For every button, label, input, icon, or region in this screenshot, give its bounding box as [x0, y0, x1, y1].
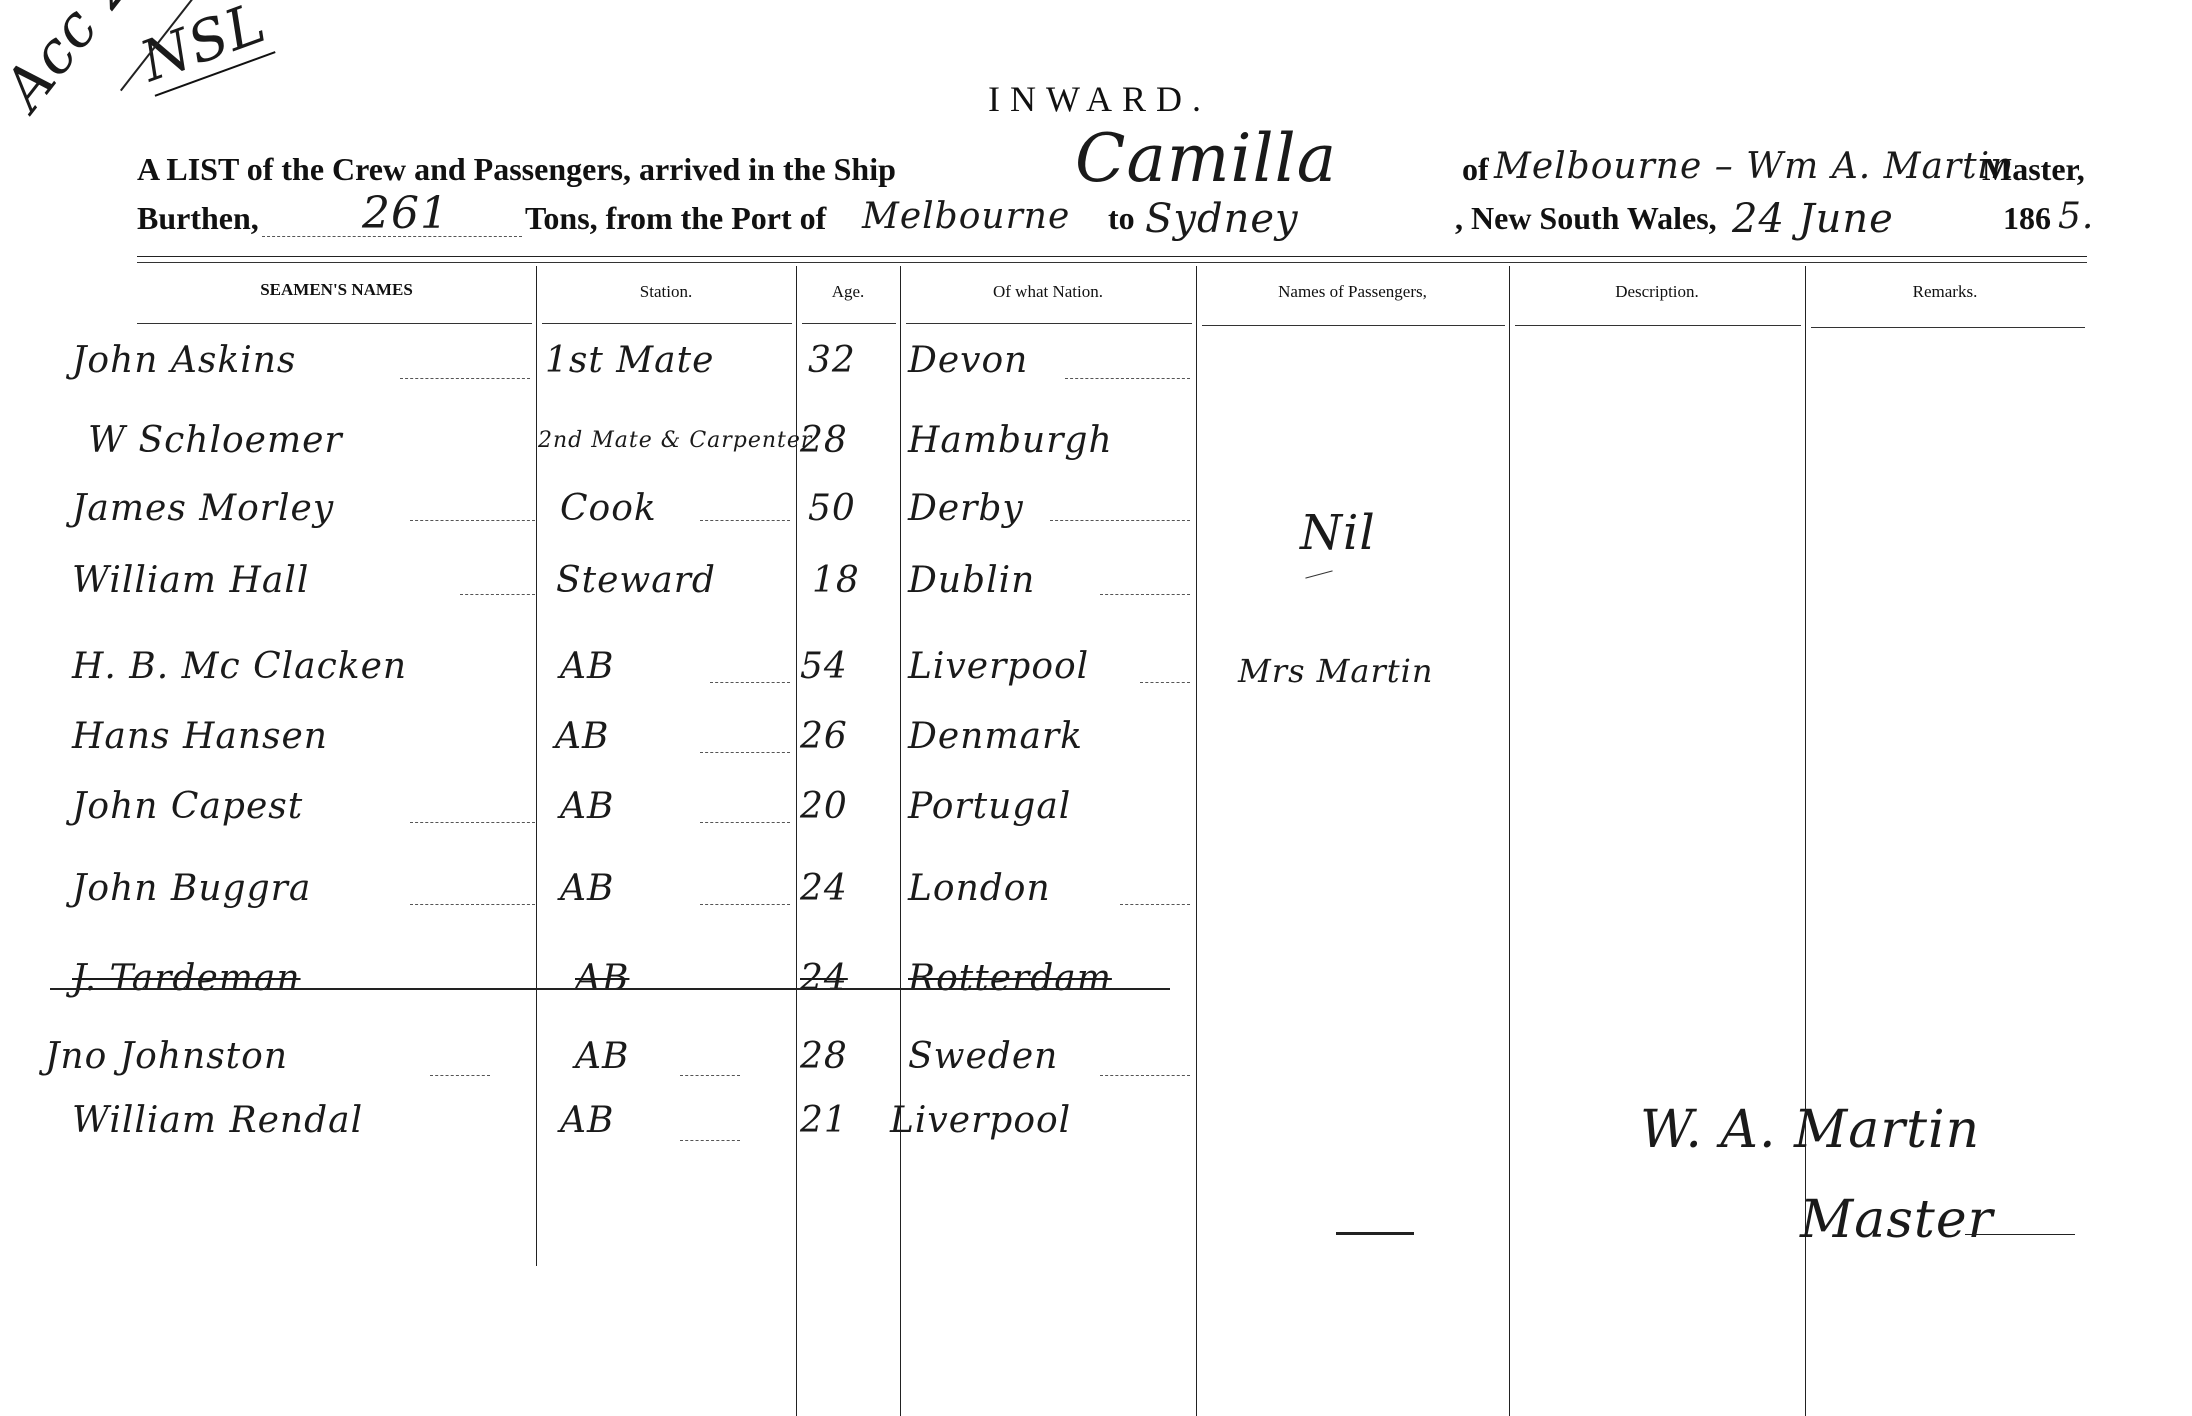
signature-title: Master: [1800, 1190, 1993, 1250]
header-underline-nation: [906, 323, 1192, 324]
fill-dash: [700, 520, 790, 521]
crew-row-8-name: John Buggra: [72, 868, 311, 909]
column-header-passengers: Names of Passengers,: [1196, 282, 1509, 302]
port-from: Melbourne: [862, 196, 1070, 237]
crew-row-4-station: Steward: [556, 560, 716, 601]
crew-row-6-station: AB: [555, 716, 609, 757]
nsw-label: , New South Wales,: [1455, 200, 1717, 237]
fill-dash: [710, 682, 790, 683]
column-header-description: Description.: [1509, 282, 1805, 302]
year-written: 5.: [2058, 196, 2094, 237]
crew-row-7-nation: Portugal: [908, 786, 1071, 827]
fill-dash: [1120, 904, 1190, 905]
crew-row-10-name: Jno Johnston: [45, 1036, 288, 1077]
list-heading: A LIST of the Crew and Passengers, arriv…: [137, 151, 896, 188]
year-printed: 186: [2003, 200, 2051, 237]
burthen-dotted-line: [262, 236, 522, 237]
arrival-date: 24 June: [1732, 196, 1894, 242]
to-label: to: [1108, 200, 1135, 237]
column-header-station: Station.: [536, 282, 796, 302]
fill-dash: [1050, 520, 1190, 521]
fill-dash: [410, 520, 535, 521]
crew-row-10-station: AB: [575, 1036, 629, 1077]
burthen-label: Burthen,: [137, 200, 259, 237]
column-header-seamens-names: SEAMEN'S NAMES: [137, 280, 536, 300]
crew-row-4-nation: Dublin: [908, 560, 1035, 601]
crew-row-6-age: 26: [800, 716, 848, 757]
crew-row-2-name: W Schloemer: [88, 420, 343, 461]
crew-row-3-station: Cook: [560, 488, 657, 529]
crew-row-2-station: 2nd Mate & Carpenter: [538, 428, 812, 453]
crew-row-4-age: 18: [812, 560, 860, 601]
fill-dash: [400, 378, 530, 379]
crew-row-3-nation: Derby: [908, 488, 1024, 529]
crew-row-4-name: William Hall: [72, 560, 309, 601]
fill-dash: [700, 822, 790, 823]
passenger-entry-mrs-martin: Mrs Martin: [1238, 652, 1434, 690]
header-underline-names: [137, 323, 532, 324]
fill-dash: [410, 822, 535, 823]
burthen-value: 261: [362, 188, 449, 239]
of-value: Melbourne – Wm A. Martin: [1494, 146, 2014, 187]
crew-row-11-station: AB: [560, 1100, 614, 1141]
crew-row-11-name: William Rendal: [72, 1100, 363, 1141]
fill-dash: [1100, 594, 1190, 595]
tons-from-port-label: Tons, from the Port of: [525, 200, 826, 237]
column-header-nation: Of what Nation.: [900, 282, 1196, 302]
crew-row-6-name: Hans Hansen: [72, 716, 328, 757]
fill-dash: [460, 594, 535, 595]
crew-row-11-nation: Liverpool: [890, 1100, 1071, 1141]
fill-dash: [680, 1075, 740, 1076]
of-label: of: [1462, 151, 1489, 188]
crew-row-3-name: James Morley: [72, 488, 334, 529]
strike-through-line: [50, 988, 1170, 990]
crew-row-2-nation: Hamburgh: [908, 420, 1113, 461]
header-underline-description: [1515, 325, 1801, 326]
crew-row-9-age: 24: [800, 958, 848, 999]
crew-row-5-station: AB: [560, 646, 614, 687]
crew-row-10-nation: Sweden: [908, 1036, 1058, 1077]
port-to: Sydney: [1145, 196, 1299, 242]
crew-row-7-name: John Capest: [72, 786, 303, 827]
crew-row-9-name: J. Tardeman: [72, 958, 301, 999]
crew-row-7-station: AB: [560, 786, 614, 827]
header-underline-remarks: [1811, 327, 2085, 328]
ship-name: Camilla: [1075, 120, 1337, 197]
fill-dash: [1100, 1075, 1190, 1076]
fill-dash: [700, 752, 790, 753]
document-title: INWARD.: [988, 78, 1211, 120]
header-underline-station: [542, 323, 792, 324]
crew-row-2-age: 28: [800, 420, 848, 461]
nil-underline: [1305, 570, 1332, 578]
crew-row-9-nation: Rotterdam: [908, 958, 1112, 999]
column-divider-description: [1509, 266, 1510, 1416]
crew-row-3-age: 50: [808, 488, 856, 529]
crew-row-5-age: 54: [800, 646, 848, 687]
column-divider-station: [536, 266, 537, 1266]
crew-row-10-age: 28: [800, 1036, 848, 1077]
passenger-entry-nil: Nil: [1300, 505, 1376, 561]
crew-row-1-age: 32: [808, 340, 856, 381]
column-divider-nation: [900, 266, 901, 1416]
signature-name: W. A. Martin: [1640, 1100, 1980, 1160]
description-dash: [1336, 1232, 1414, 1235]
column-divider-passengers: [1196, 266, 1197, 1416]
crew-row-8-nation: London: [908, 868, 1051, 909]
crew-row-7-age: 20: [800, 786, 848, 827]
crew-row-8-age: 24: [800, 868, 848, 909]
crew-row-1-name: John Askins: [72, 340, 296, 381]
crew-row-11-age: 21: [800, 1100, 848, 1141]
signature-rule: [1965, 1234, 2075, 1235]
top-rule-2: [137, 262, 2087, 263]
master-label: Master,: [1982, 151, 2085, 188]
crew-row-1-station: 1st Mate: [545, 340, 714, 381]
header-underline-passengers: [1202, 325, 1505, 326]
crew-row-5-nation: Liverpool: [908, 646, 1089, 687]
fill-dash: [1140, 682, 1190, 683]
top-rule-1: [137, 256, 2087, 257]
column-header-remarks: Remarks.: [1805, 282, 2085, 302]
crew-row-5-name: H. B. Mc Clacken: [72, 646, 407, 687]
crew-row-1-nation: Devon: [908, 340, 1028, 381]
crew-row-8-station: AB: [560, 868, 614, 909]
fill-dash: [410, 904, 535, 905]
fill-dash: [430, 1075, 490, 1076]
fill-dash: [700, 904, 790, 905]
fill-dash: [680, 1140, 740, 1141]
header-underline-age: [802, 323, 896, 324]
crew-row-6-nation: Denmark: [908, 716, 1083, 757]
crew-row-9-station: AB: [575, 958, 629, 999]
column-header-age: Age.: [796, 282, 900, 302]
fill-dash: [1065, 378, 1190, 379]
